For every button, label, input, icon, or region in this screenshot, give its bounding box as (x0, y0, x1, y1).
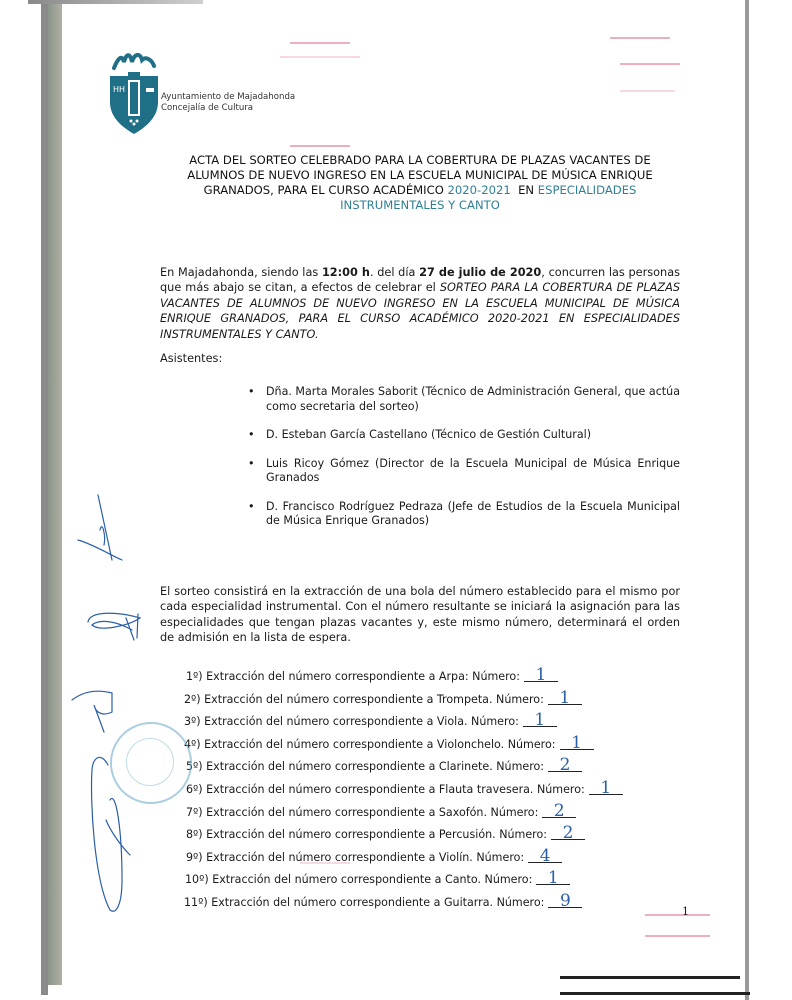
org-line-2: Concejalía de Cultura (161, 103, 295, 114)
scan-edge (41, 0, 48, 995)
scan-bottom-edge (560, 976, 740, 979)
draw-results-list: 1º) Extracción del número correspondient… (186, 670, 623, 919)
attendee-text: Dña. Marta Morales Saborit (Técnico de A… (266, 385, 680, 413)
attendee-text: Luis Ricoy Gómez (Director de la Escuela… (266, 457, 680, 485)
draw-row: 11º) Extracción del número correspondien… (184, 896, 623, 919)
draw-label: 8º) Extracción del número correspondient… (186, 828, 547, 841)
draw-row: 1º) Extracción del número correspondient… (186, 670, 623, 693)
title-text: GRANADOS, PARA EL CURSO ACADÉMICO (204, 183, 444, 197)
attendee-text: D. Esteban García Castellano (Técnico de… (266, 428, 591, 441)
draw-label: 10º) Extracción del número correspondien… (185, 873, 532, 886)
scan-right-edge (745, 0, 749, 1000)
draw-number-field: 2 (551, 828, 585, 840)
culture-department-stamp (110, 722, 192, 804)
draw-number-field: 9 (548, 896, 582, 908)
draw-label: 9º) Extracción del número correspondient… (186, 851, 524, 864)
attendee-item: •D. Francisco Rodríguez Pedraza (Jefe de… (248, 500, 680, 529)
title-text: EN (518, 183, 534, 197)
majadahonda-coat-of-arms-icon: HH (108, 50, 160, 135)
scan-bottom-edge (560, 992, 750, 995)
draw-label: 7º) Extracción del número correspondient… (186, 806, 538, 819)
draw-row: 7º) Extracción del número correspondient… (186, 806, 623, 829)
draw-label: 5º) Extracción del número correspondient… (186, 760, 544, 773)
attendee-item: •Dña. Marta Morales Saborit (Técnico de … (248, 385, 680, 414)
draw-number-field: 1 (548, 693, 582, 705)
draw-row: 10º) Extracción del número correspondien… (185, 873, 623, 896)
draw-number-field: 2 (548, 760, 582, 772)
title-line-4: INSTRUMENTALES Y CANTO (165, 198, 675, 213)
ink-bleed (290, 145, 350, 147)
document-title: ACTA DEL SORTEO CELEBRADO PARA LA COBERT… (165, 153, 675, 213)
title-line-2: ALUMNOS DE NUEVO INGRESO EN LA ESCUELA M… (165, 168, 675, 183)
org-line-1: Ayuntamiento de Majadahonda (161, 92, 295, 103)
draw-row: 4º) Extracción del número correspondient… (184, 738, 623, 761)
title-year: 2020-2021 (448, 183, 511, 197)
intro-paragraph: En Majadahonda, siendo las 12:00 h. del … (160, 265, 680, 342)
bullet-icon: • (248, 500, 255, 515)
bullet-icon: • (248, 428, 255, 443)
meeting-date: 27 de julio de 2020 (419, 266, 541, 279)
draw-label: 1º) Extracción del número correspondient… (186, 670, 520, 683)
draw-number-field: 1 (536, 873, 570, 885)
ink-bleed (290, 42, 350, 44)
ink-bleed (645, 914, 710, 916)
procedure-paragraph: El sorteo consistirá en la extracción de… (160, 584, 680, 646)
draw-row: 2º) Extracción del número correspondient… (184, 693, 623, 716)
draw-number-field: 4 (528, 851, 562, 863)
draw-row: 8º) Extracción del número correspondient… (186, 828, 623, 851)
draw-row: 5º) Extracción del número correspondient… (186, 760, 623, 783)
title-line-1: ACTA DEL SORTEO CELEBRADO PARA LA COBERT… (165, 153, 675, 168)
ink-bleed (620, 90, 675, 92)
intro-text: . del día (370, 266, 419, 279)
attendees-list: •Dña. Marta Morales Saborit (Técnico de … (248, 385, 680, 543)
ink-bleed (610, 37, 670, 39)
organization-name: Ayuntamiento de Majadahonda Concejalía d… (161, 92, 295, 114)
draw-label: 6º) Extracción del número correspondient… (186, 783, 585, 796)
stamp-inner-ring (126, 738, 174, 786)
meeting-time: 12:00 h (322, 266, 370, 279)
attendee-item: •Luis Ricoy Gómez (Director de la Escuel… (248, 457, 680, 486)
draw-label: 11º) Extracción del número correspondien… (184, 896, 544, 909)
draw-number-field: 2 (542, 806, 576, 818)
draw-number-field: 1 (589, 783, 623, 795)
draw-label: 2º) Extracción del número correspondient… (184, 693, 544, 706)
page-number: 1 (682, 905, 689, 918)
title-line-3: GRANADOS, PARA EL CURSO ACADÉMICO 2020-2… (165, 183, 675, 198)
draw-row: 3º) Extracción del número correspondient… (184, 715, 623, 738)
draw-label: 3º) Extracción del número correspondient… (184, 715, 519, 728)
scan-top-edge (28, 0, 203, 4)
draw-number-field: 1 (524, 670, 558, 682)
ink-bleed (620, 63, 680, 65)
draw-label: 4º) Extracción del número correspondient… (184, 738, 556, 751)
ink-bleed (645, 935, 710, 937)
scan-edge-shadow (48, 0, 62, 985)
draw-number-field: 1 (523, 715, 557, 727)
attendee-text: D. Francisco Rodríguez Pedraza (Jefe de … (266, 500, 680, 528)
draw-number-field: 1 (560, 738, 594, 750)
title-accent: ESPECIALIDADES (538, 183, 637, 197)
svg-text:HH: HH (113, 85, 125, 94)
attendee-item: •D. Esteban García Castellano (Técnico d… (248, 428, 680, 443)
bullet-icon: • (248, 457, 255, 472)
ink-bleed (280, 56, 360, 58)
attendees-label: Asistentes: (160, 352, 222, 365)
bullet-icon: • (248, 385, 255, 400)
intro-text: En Majadahonda, siendo las (160, 266, 322, 279)
